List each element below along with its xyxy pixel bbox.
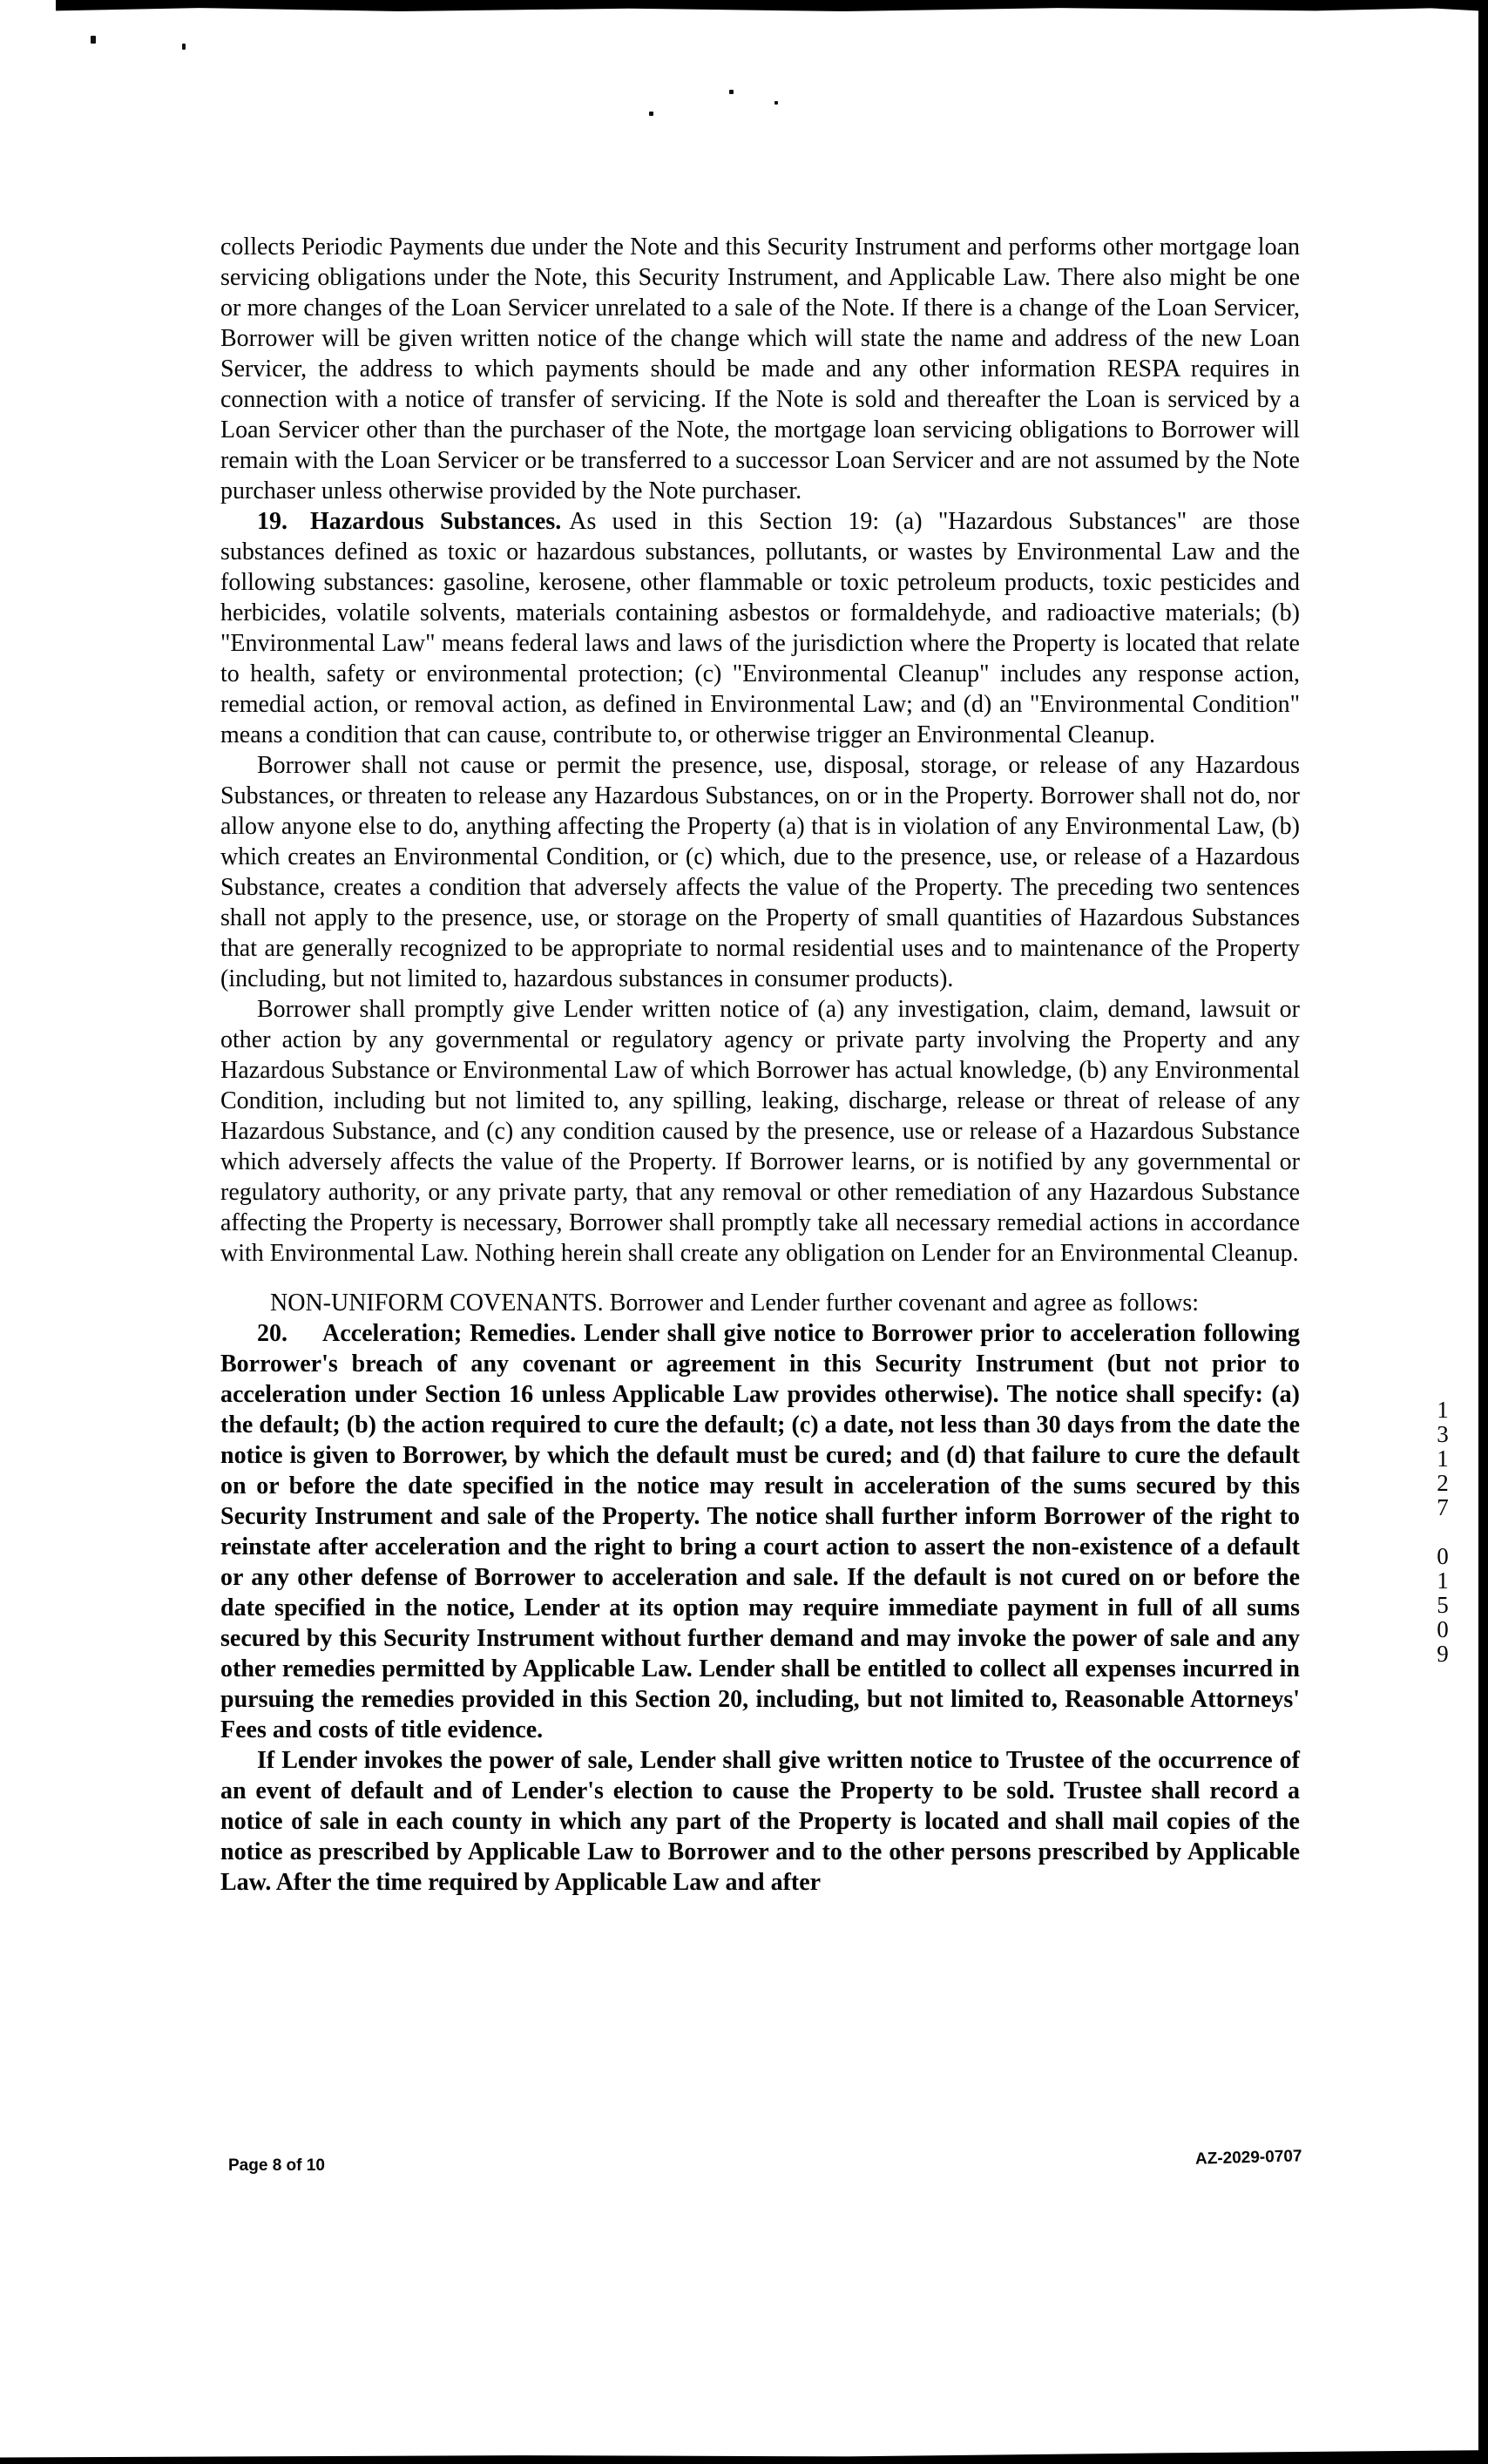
section-20-paragraph: 20.Acceleration; Remedies.Lender shall g… [220,1318,1300,1745]
form-number: AZ-2029-0707 [1195,2147,1302,2169]
section-19-paragraph-2: Borrower shall not cause or permit the p… [220,750,1300,994]
scan-speck [729,90,734,94]
scan-artifact-top-bar [56,0,1488,11]
scan-artifact-bottom-bar [0,2448,1488,2464]
section-19-paragraph-3-text: Borrower shall promptly give Lender writ… [220,996,1300,1267]
scanned-document-page: collects Periodic Payments due under the… [0,0,1488,2464]
section-20-heading: Acceleration; Remedies. [322,1320,576,1347]
page-number: Page 8 of 10 [228,2156,325,2176]
section-19-number: 19. [257,508,287,535]
continuation-paragraph: collects Periodic Payments due under the… [220,232,1300,506]
section-20-number: 20. [257,1320,287,1347]
section-19-paragraph-2-text: Borrower shall not cause or permit the p… [220,752,1300,992]
section-19-heading: Hazardous Substances. [310,508,561,535]
scan-artifact-right-bar [1478,0,1488,2464]
section-19-body: As used in this Section 19: (a) "Hazardo… [220,508,1300,748]
scan-speck [91,36,96,44]
scan-speck [774,101,778,105]
section-20-paragraph-2-text: If Lender invokes the power of sale, Len… [220,1747,1300,1896]
recorder-stamp-numbers: 13127 01509 [1429,1397,1456,1665]
tab-space [287,1340,322,1341]
section-19-paragraph: 19.Hazardous Substances.As used in this … [220,506,1300,750]
continuation-paragraph-text: collects Periodic Payments due under the… [220,234,1300,504]
non-uniform-covenants-line: NON-UNIFORM COVENANTS. Borrower and Lend… [220,1288,1300,1318]
section-20-paragraph-2: If Lender invokes the power of sale, Len… [220,1745,1300,1898]
scan-speck [649,112,653,116]
tab-space [287,528,310,529]
document-text-block: collects Periodic Payments due under the… [220,232,1300,1898]
scan-speck [182,44,186,50]
section-20-body: Lender shall give notice to Borrower pri… [220,1320,1300,1743]
non-uniform-covenants-text: NON-UNIFORM COVENANTS. Borrower and Lend… [270,1290,1199,1317]
section-19-paragraph-3: Borrower shall promptly give Lender writ… [220,994,1300,1269]
